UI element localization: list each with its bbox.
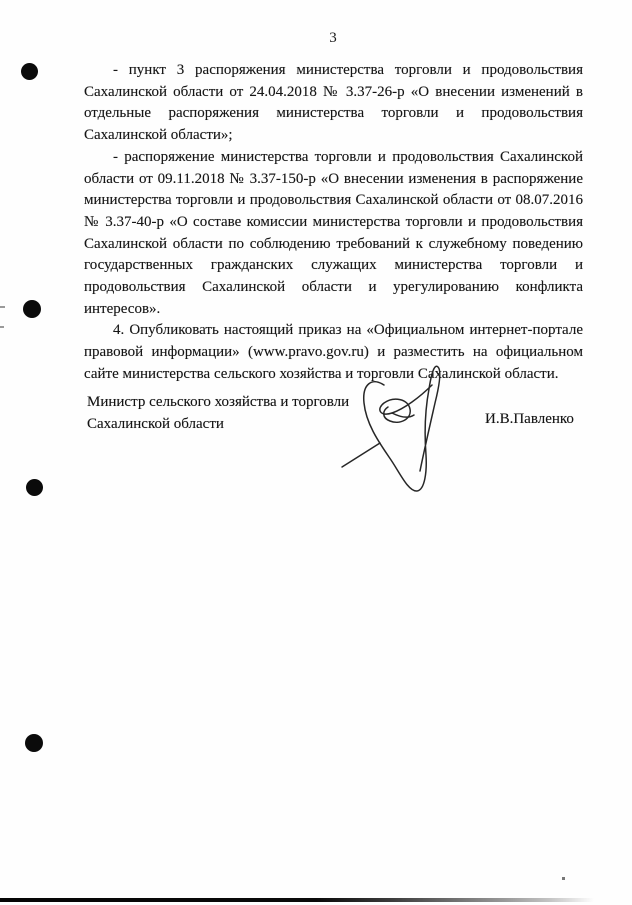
- scanned-document-page: 3 - пункт 3 распоряжения министерства то…: [0, 0, 632, 905]
- signatory-title-line1: Министр сельского хозяйства и торговли: [87, 391, 349, 413]
- handwritten-signature: [334, 357, 469, 497]
- hole-punch-mark: [26, 479, 43, 496]
- paragraph-list-item-1: - пункт 3 распоряжения министерства торг…: [84, 60, 583, 147]
- scan-edge-artifact: [0, 898, 632, 902]
- scan-speck: [0, 326, 4, 328]
- hole-punch-mark: [25, 734, 43, 752]
- paragraph-list-item-2: - распоряжение министерства торговли и п…: [84, 147, 583, 321]
- signatory-title-line2: Сахалинской области: [87, 413, 349, 435]
- signatory-title: Министр сельского хозяйства и торговли С…: [87, 391, 349, 435]
- page-number: 3: [84, 30, 582, 47]
- hole-punch-mark: [21, 63, 38, 80]
- scan-speck: [0, 306, 5, 308]
- signatory-name: И.В.Павленко: [485, 411, 574, 428]
- hole-punch-mark: [23, 300, 41, 318]
- scan-speck: [562, 877, 565, 880]
- document-body: - пункт 3 распоряжения министерства торг…: [84, 60, 583, 386]
